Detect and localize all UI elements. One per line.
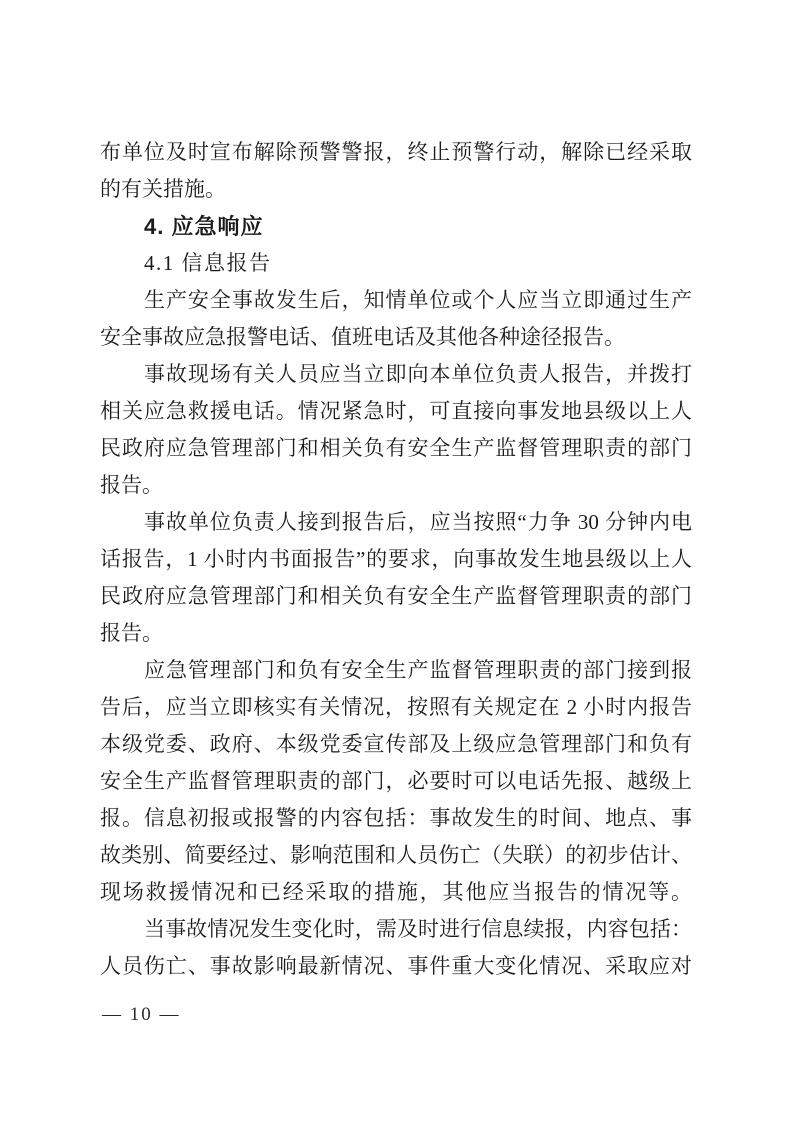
text-block: 布单位及时宣布解除预警警报，终止预警行动，解除已经采取 的有关措施。 4. 应急… [100, 134, 692, 985]
text-line: 报。信息初报或报警的内容包括：事故发生的时间、地点、事 [100, 800, 692, 837]
text-line: 告后，应当立即核实有关情况，按照有关规定在 2 小时内报告 [100, 689, 692, 726]
text-line: 事故现场有关人员应当立即向本单位负责人报告，并拨打 [100, 356, 692, 393]
text-line: 事故单位负责人接到报告后，应当按照“力争 30 分钟内电 [100, 504, 692, 541]
text-line: 当事故情况发生变化时，需及时进行信息续报，内容包括： [100, 911, 692, 948]
text-line: 现场救援情况和已经采取的措施，其他应当报告的情况等。 [100, 874, 692, 911]
text-line: 报告。 [100, 467, 692, 504]
text-line: 的有关措施。 [100, 171, 692, 208]
text-line: 民政府应急管理部门和相关负有安全生产监督管理职责的部门 [100, 430, 692, 467]
text-line: 报告。 [100, 615, 692, 652]
page-number: — 10 — [102, 1002, 181, 1028]
text-line: 安全事故应急报警电话、值班电话及其他各种途径报告。 [100, 319, 692, 356]
text-line: 安全生产监督管理职责的部门，必要时可以电话先报、越级上 [100, 763, 692, 800]
text-line: 应急管理部门和负有安全生产监督管理职责的部门接到报 [100, 652, 692, 689]
text-line: 民政府应急管理部门和相关负有安全生产监督管理职责的部门 [100, 578, 692, 615]
text-line: 故类别、简要经过、影响范围和人员伤亡（失联）的初步估计、 [100, 837, 692, 874]
text-line: 本级党委、政府、本级党委宣传部及上级应急管理部门和负有 [100, 726, 692, 763]
document-page: 布单位及时宣布解除预警警报，终止预警行动，解除已经采取 的有关措施。 4. 应急… [0, 0, 793, 1122]
text-line: 话报告，1 小时内书面报告”的要求，向事故发生地县级以上人 [100, 541, 692, 578]
section-heading: 4. 应急响应 [100, 208, 692, 245]
text-line: 人员伤亡、事故影响最新情况、事件重大变化情况、采取应对 [100, 948, 692, 985]
text-line: 布单位及时宣布解除预警警报，终止预警行动，解除已经采取 [100, 134, 692, 171]
text-line: 生产安全事故发生后，知情单位或个人应当立即通过生产 [100, 282, 692, 319]
text-line: 相关应急救援电话。情况紧急时，可直接向事发地县级以上人 [100, 393, 692, 430]
subsection-heading: 4.1 信息报告 [100, 245, 692, 282]
